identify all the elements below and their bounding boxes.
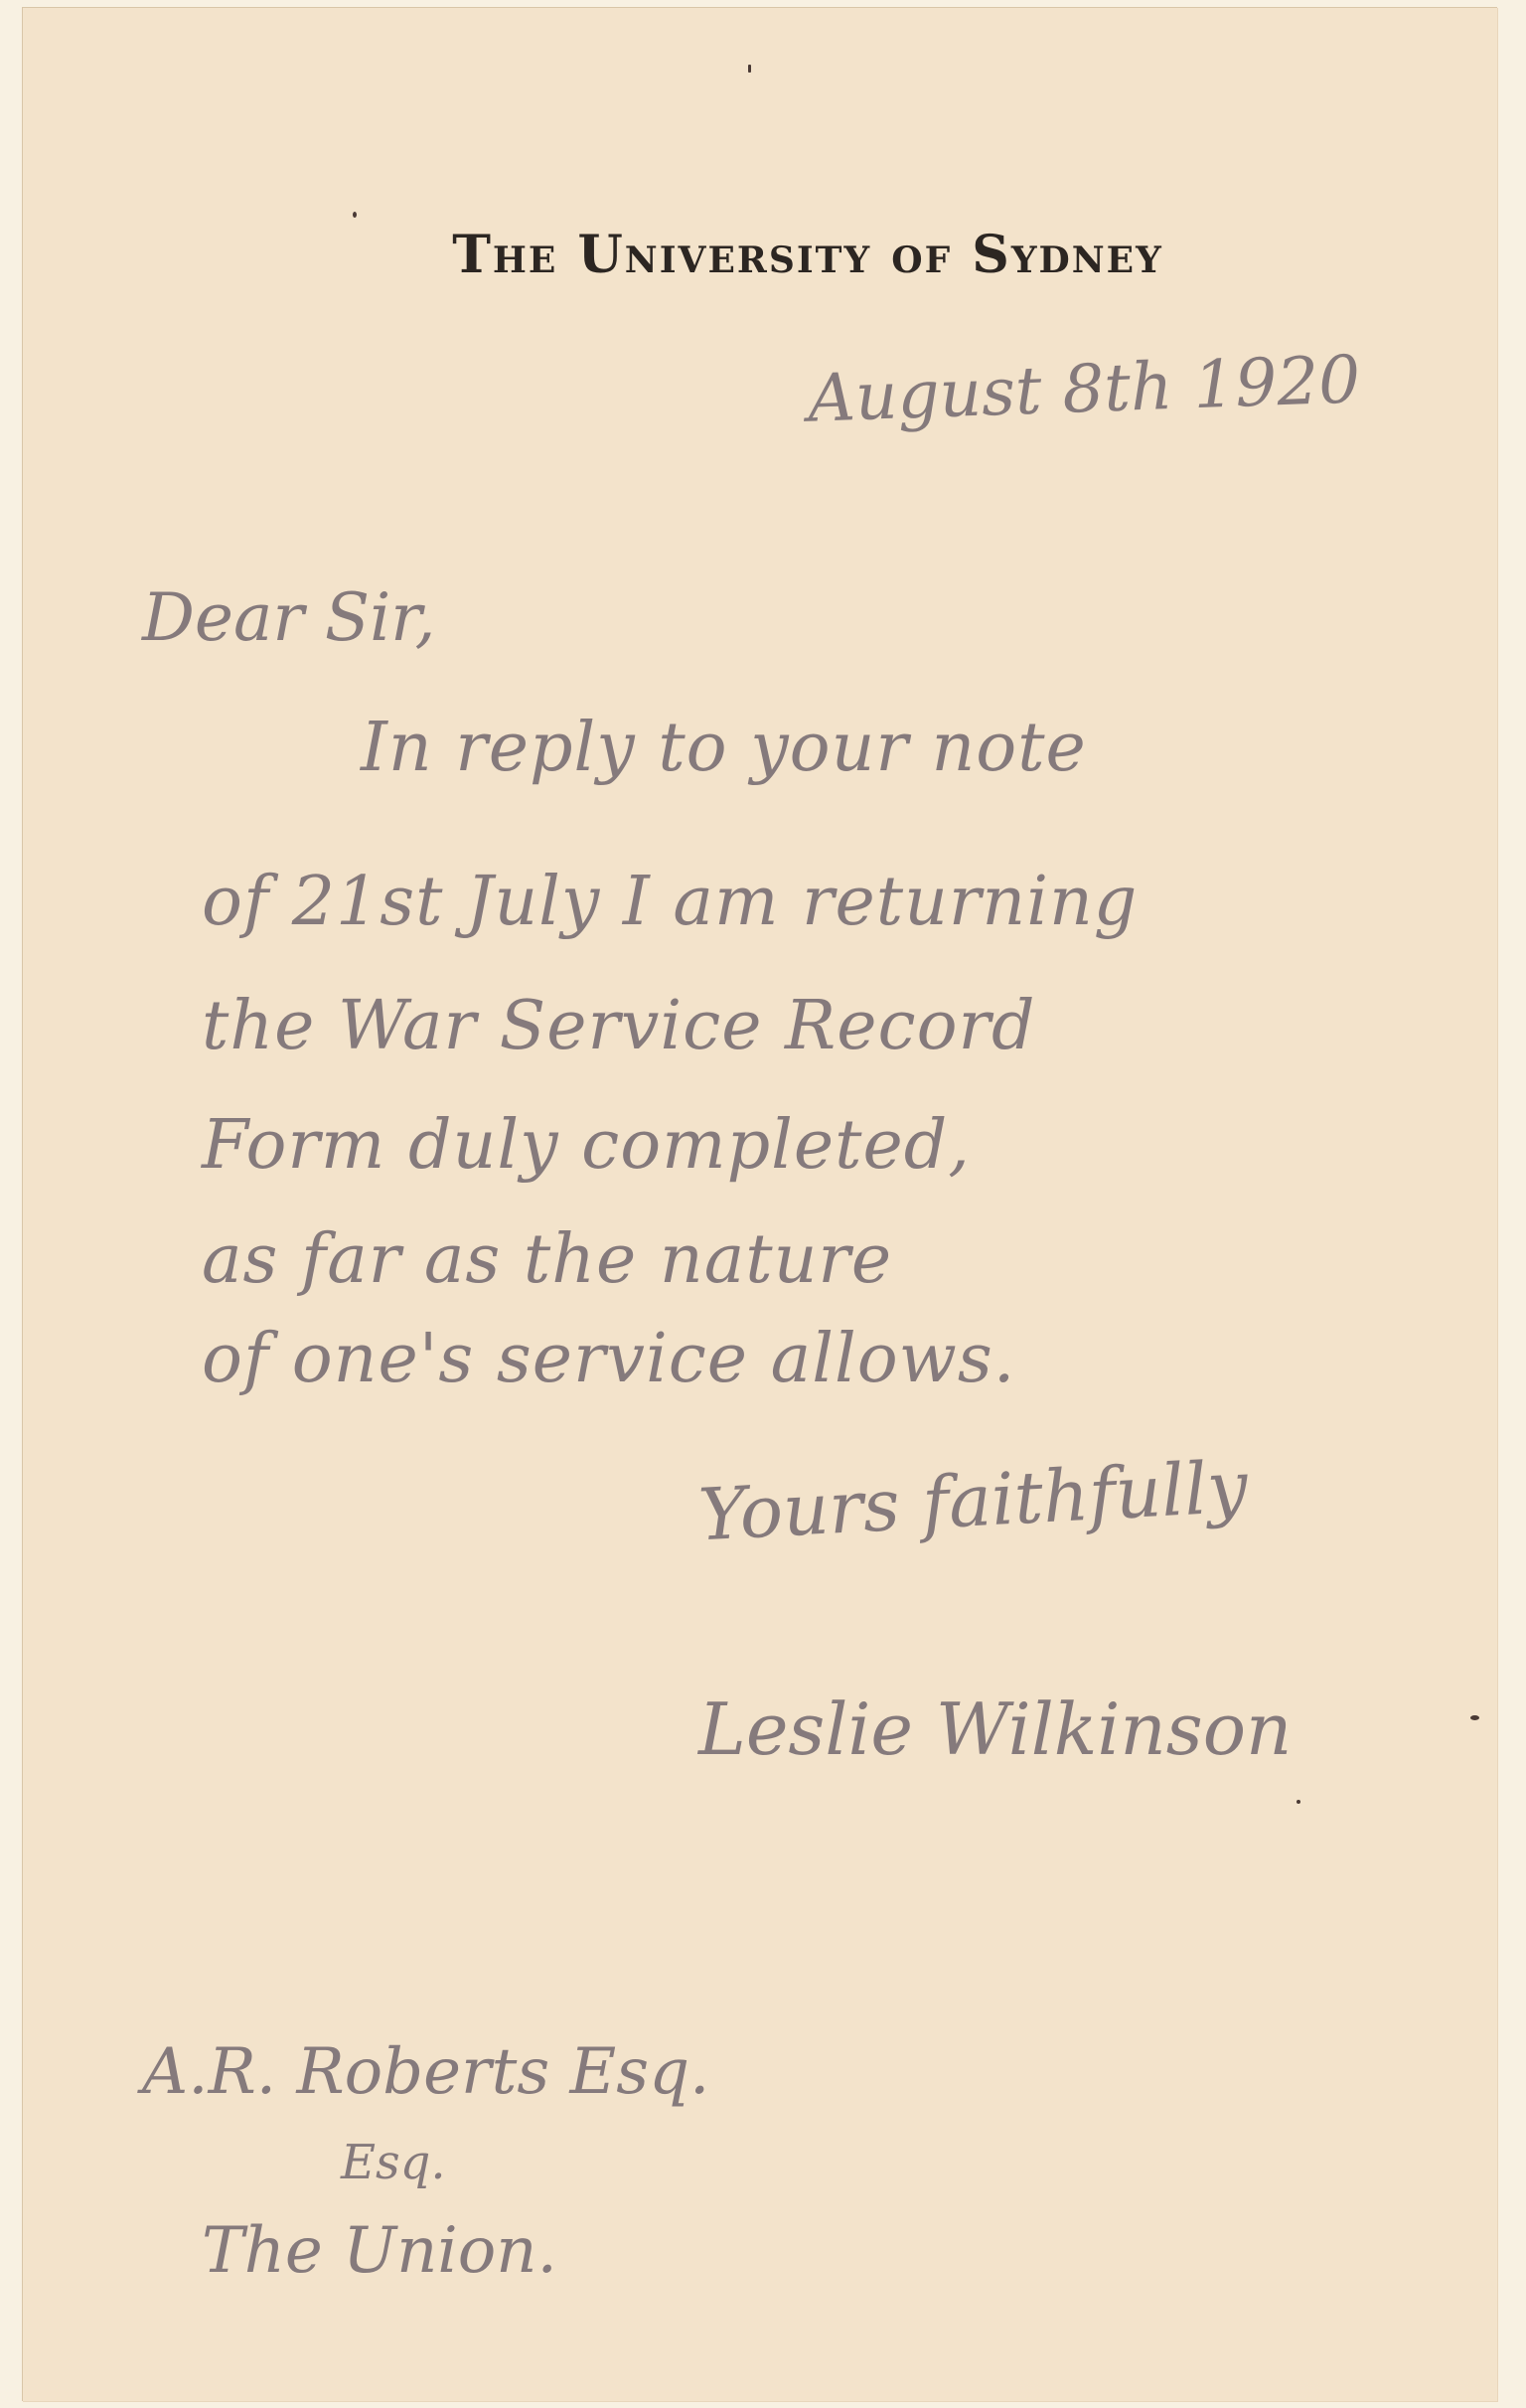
body-line: In reply to your note <box>361 709 1087 787</box>
ink-speck <box>353 212 357 218</box>
body-line: Form duly completed, <box>202 1106 971 1185</box>
salutation: Dear Sir, <box>142 579 435 656</box>
signature: Leslie Wilkinson <box>698 1687 1292 1771</box>
body-line: as far as the nature <box>202 1220 892 1299</box>
body-line: of one's service allows. <box>202 1320 1015 1398</box>
addressee-name: A.R. Roberts Esq. <box>142 2035 709 2109</box>
ink-speck <box>1297 1800 1300 1804</box>
ink-speck <box>748 65 751 73</box>
addressee-title: Esq. <box>341 2135 446 2190</box>
body-line: of 21st July I am returning <box>202 863 1138 941</box>
letter-date: August 8th 1920 <box>807 341 1362 436</box>
letter-sheet: The University of Sydney August 8th 1920… <box>22 7 1497 2401</box>
letterhead: The University of Sydney <box>381 225 1235 285</box>
body-line: the War Service Record <box>202 987 1036 1065</box>
ink-speck <box>1470 1715 1479 1720</box>
closing: Yours faithfully <box>696 1445 1250 1557</box>
addressee-place: The Union. <box>202 2214 557 2288</box>
